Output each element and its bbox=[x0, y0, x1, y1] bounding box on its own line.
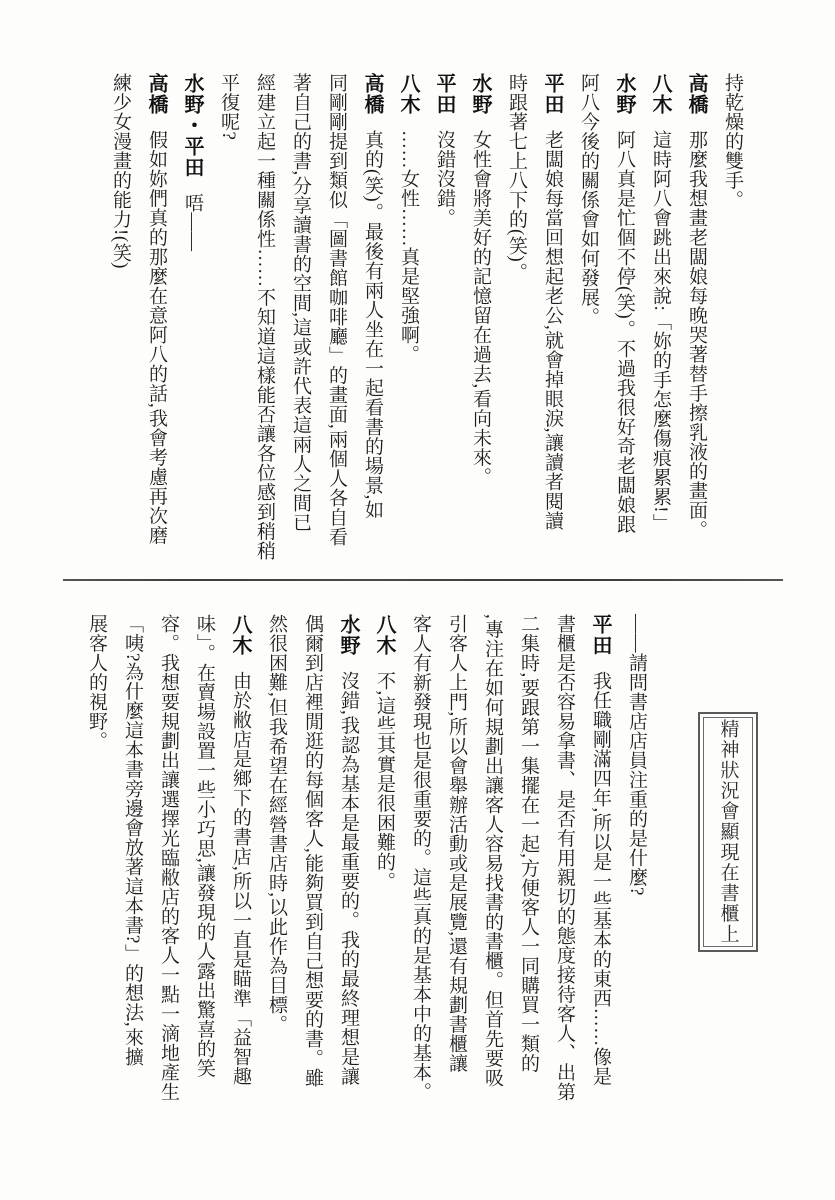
dialogue-text: ……女性……真是堅強啊。 bbox=[398, 130, 419, 364]
dialogue-continuation-column: 二集時,要跟第一集擺在一起,方便客人一同購買一類的 bbox=[510, 614, 546, 1106]
dialogue-continuation-column: 容。我想要規劃出讓選擇光臨敝店的客人一點一滴地產生 bbox=[150, 614, 186, 1106]
dialogue-continuation-column: 持乾燥的雙手。 bbox=[714, 73, 750, 573]
dialogue-text: ——請問書店店員注重的是什麼? bbox=[626, 614, 647, 896]
dialogue-continuation-column: 阿八今後的關係會如何發展。 bbox=[570, 73, 606, 573]
speaker-name: 水野・平田 bbox=[181, 73, 203, 178]
dialogue-text: 偶爾到店裡閒逛的每個客人,能夠買到自己想要的書。雖 bbox=[302, 614, 323, 1087]
dialogue-column: 平田我任職剛滿四年,所以是一些基本的東西……像是 bbox=[582, 614, 618, 1106]
dialogue-continuation-column: 書櫃是否容易拿書、是否有用親切的態度接待客人、出第 bbox=[546, 614, 582, 1106]
speaker-name: 高橋 bbox=[361, 73, 383, 115]
speaker-name: 水野 bbox=[469, 73, 491, 115]
dialogue-column: 高橋那麼我想畫老闆娘每晚哭著替手擦乳液的畫面。 bbox=[678, 73, 714, 573]
dialogue-text: 阿八真是忙個不停(笑)。不過我很好奇老闆娘跟 bbox=[614, 130, 635, 534]
speaker-name: 八木 bbox=[229, 614, 251, 656]
dialogue-text: 唔—— bbox=[182, 193, 203, 252]
section-divider-line bbox=[63, 579, 783, 581]
dialogue-text: 沒錯沒錯。 bbox=[434, 130, 455, 228]
dialogue-text: 由於敝店是鄉下的書店,所以一直是瞄準「益智趣 bbox=[230, 671, 251, 1086]
dialogue-continuation-column: 時跟著七上八下的(笑)。 bbox=[498, 73, 534, 573]
dialogue-continuation-column: ,專注在如何規劃出讓客人容易找書的書櫃。但首先要吸 bbox=[474, 614, 510, 1106]
dialogue-continuation-column: 「咦?為什麼這本書旁邊會放著這本書?」的想法,來擴 bbox=[114, 614, 150, 1106]
dialogue-text: 練少女漫畫的能力!(笑) bbox=[110, 73, 131, 269]
speaker-name: 八木 bbox=[649, 73, 671, 115]
dialogue-column: 平田老闆娘每當回想起老公,就會掉眼淚,讓讀者閱讀 bbox=[534, 73, 570, 573]
dialogue-column: 水野・平田唔—— bbox=[174, 73, 210, 573]
bottom-dialogue-section: ——請問書店店員注重的是什麼?平田我任職剛滿四年,所以是一些基本的東西……像是書… bbox=[70, 614, 654, 1106]
dialogue-text: 展客人的視野。 bbox=[86, 614, 107, 751]
pull-quote-text: 精神狀況會顯現在書櫃上 bbox=[715, 719, 742, 945]
dialogue-text: 引客人上門,所以會舉辦活動或是展覽,還有規劃書櫃讓 bbox=[446, 614, 467, 1073]
dialogue-text: 客人有新發現也是很重要的。這些真的是基本中的基本。 bbox=[410, 614, 431, 1102]
dialogue-continuation-column: 味」。在賣場設置一些小巧思,讓發現的人露出驚喜的笑 bbox=[186, 614, 222, 1106]
dialogue-text: 不,這些其實是很困難的。 bbox=[374, 671, 395, 891]
dialogue-column: 水野沒錯,我認為基本是最重要的。我的最終理想是讓 bbox=[330, 614, 366, 1106]
dialogue-text: 著自己的書,分享讀書的空間,這或許代表這兩人之間已 bbox=[290, 73, 311, 532]
dialogue-text: 經建立起一種關係性……不知道這樣能否讓各位感到稍稍 bbox=[254, 73, 275, 561]
dialogue-text: 平復呢? bbox=[218, 73, 239, 140]
dialogue-text: 那麼我想畫老闆娘每晚哭著替手擦乳液的畫面。 bbox=[686, 130, 707, 540]
dialogue-text: 阿八今後的關係會如何發展。 bbox=[578, 73, 599, 327]
dialogue-continuation-column: 練少女漫畫的能力!(笑) bbox=[102, 73, 138, 573]
dialogue-text: 老闆娘每當回想起老公,就會掉眼淚,讓讀者閱讀 bbox=[542, 130, 563, 531]
dialogue-continuation-column: 著自己的書,分享讀書的空間,這或許代表這兩人之間已 bbox=[282, 73, 318, 573]
dialogue-text: 然很困難,但我希望在經營書店時,以此作為目標。 bbox=[266, 614, 287, 1034]
dialogue-text: 沒錯,我認為基本是最重要的。我的最終理想是讓 bbox=[338, 671, 359, 1086]
pull-quote-inner-border: 精神狀況會顯現在書櫃上 bbox=[703, 717, 753, 947]
speaker-name: 八木 bbox=[373, 614, 395, 656]
dialogue-text: 同剛剛提到類似「圖書館咖啡廳」的畫面,兩個人各自看 bbox=[326, 73, 347, 546]
dialogue-column: 水野女性會將美好的記憶留在過去,看向未來。 bbox=[462, 73, 498, 573]
dialogue-column: 平田沒錯沒錯。 bbox=[426, 73, 462, 573]
dialogue-column: 水野阿八真是忙個不停(笑)。不過我很好奇老闆娘跟 bbox=[606, 73, 642, 573]
dialogue-text: 書櫃是否容易拿書、是否有用親切的態度接待客人、出第 bbox=[554, 614, 575, 1102]
dialogue-continuation-column: 展客人的視野。 bbox=[78, 614, 114, 1106]
speaker-name: 平田 bbox=[541, 73, 563, 115]
dialogue-text: 女性會將美好的記憶留在過去,看向未來。 bbox=[470, 130, 491, 486]
dialogue-continuation-column: 偶爾到店裡閒逛的每個客人,能夠買到自己想要的書。雖 bbox=[294, 614, 330, 1106]
dialogue-column: 八木這時阿八會跳出來說:「妳的手怎麼傷痕累累!」 bbox=[642, 73, 678, 573]
pull-quote-box: 精神狀況會顯現在書櫃上 bbox=[698, 712, 758, 952]
dialogue-column: 高橋真的(笑)。最後有兩人坐在一起看書的場景,如 bbox=[354, 73, 390, 573]
dialogue-text: 「咦?為什麼這本書旁邊會放著這本書?」的想法,來擴 bbox=[122, 614, 143, 1066]
dialogue-column: 八木不,這些其實是很困難的。 bbox=[366, 614, 402, 1106]
speaker-name: 水野 bbox=[337, 614, 359, 656]
speaker-name: 高橋 bbox=[145, 73, 167, 115]
dialogue-continuation-column: 然很困難,但我希望在經營書店時,以此作為目標。 bbox=[258, 614, 294, 1106]
dialogue-text: 這時阿八會跳出來說:「妳的手怎麼傷痕累累!」 bbox=[650, 130, 671, 533]
dialogue-text: ,專注在如何規劃出讓客人容易找書的書櫃。但首先要吸 bbox=[482, 614, 503, 1087]
dialogue-continuation-column: 同剛剛提到類似「圖書館咖啡廳」的畫面,兩個人各自看 bbox=[318, 73, 354, 573]
dialogue-continuation-column: 平復呢? bbox=[210, 73, 246, 573]
top-dialogue-section: 持乾燥的雙手。高橋那麼我想畫老闆娘每晚哭著替手擦乳液的畫面。八木這時阿八會跳出來… bbox=[88, 73, 750, 573]
dialogue-continuation-column: ——請問書店店員注重的是什麼? bbox=[618, 614, 654, 1106]
dialogue-text: 二集時,要跟第一集擺在一起,方便客人一同購買一類的 bbox=[518, 614, 539, 1073]
dialogue-continuation-column: 引客人上門,所以會舉辦活動或是展覽,還有規劃書櫃讓 bbox=[438, 614, 474, 1106]
dialogue-text: 持乾燥的雙手。 bbox=[722, 73, 743, 210]
speaker-name: 水野 bbox=[613, 73, 635, 115]
dialogue-column: 八木由於敝店是鄉下的書店,所以一直是瞄準「益智趣 bbox=[222, 614, 258, 1106]
speaker-name: 平田 bbox=[433, 73, 455, 115]
speaker-name: 平田 bbox=[589, 614, 611, 656]
speaker-name: 高橋 bbox=[685, 73, 707, 115]
speaker-name: 八木 bbox=[397, 73, 419, 115]
dialogue-column: 高橋假如妳們真的那麼在意阿八的話,我會考慮再次磨 bbox=[138, 73, 174, 573]
dialogue-continuation-column: 客人有新發現也是很重要的。這些真的是基本中的基本。 bbox=[402, 614, 438, 1106]
book-page: 持乾燥的雙手。高橋那麼我想畫老闆娘每晚哭著替手擦乳液的畫面。八木這時阿八會跳出來… bbox=[0, 0, 835, 1200]
dialogue-text: 容。我想要規劃出讓選擇光臨敝店的客人一點一滴地產生 bbox=[158, 614, 179, 1102]
dialogue-text: 我任職剛滿四年,所以是一些基本的東西……像是 bbox=[590, 671, 611, 1086]
dialogue-continuation-column: 經建立起一種關係性……不知道這樣能否讓各位感到稍稍 bbox=[246, 73, 282, 573]
dialogue-text: 真的(笑)。最後有兩人坐在一起看書的場景,如 bbox=[362, 130, 383, 519]
dialogue-text: 假如妳們真的那麼在意阿八的話,我會考慮再次磨 bbox=[146, 130, 167, 545]
dialogue-text: 時跟著七上八下的(笑)。 bbox=[506, 73, 527, 282]
dialogue-text: 味」。在賣場設置一些小巧思,讓發現的人露出驚喜的笑 bbox=[194, 614, 215, 1078]
dialogue-column: 八木……女性……真是堅強啊。 bbox=[390, 73, 426, 573]
